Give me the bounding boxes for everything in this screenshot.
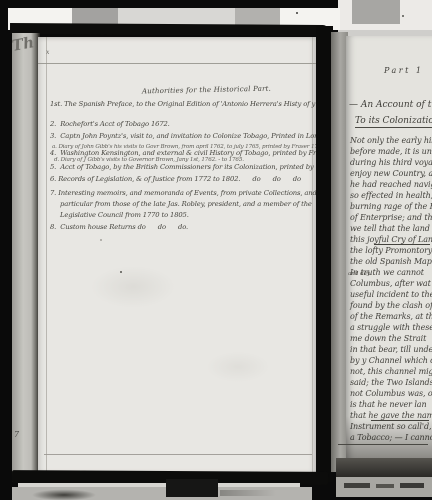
manuscript-line: useful incident to the (350, 289, 432, 300)
margin-scratch-mark: 7 (14, 430, 19, 439)
manuscript-line: the lofty Promontory in (350, 245, 432, 256)
manuscript-line: we tell that the land (350, 223, 432, 234)
right-manuscript-page: Part 1 — An Account of t To its Coloniza… (346, 36, 432, 462)
glare-shadow-patch (352, 0, 400, 24)
surface-smudge (24, 488, 104, 500)
manuscript-line: not, this channel might (350, 366, 432, 377)
page-bottom-shadow (346, 416, 432, 462)
manuscript-line: Not only the early hist (350, 135, 432, 146)
manuscript-line: 5. Acct of Tobago, by the British Commis… (50, 164, 316, 171)
manuscript-line: in that bear, till under (350, 344, 432, 355)
page-title: Authorities for the Historical Part. (142, 85, 271, 96)
manuscript-line: he had reached navigati (350, 179, 432, 190)
dust-speck (402, 15, 404, 17)
manuscript-line: found by the clash of (350, 300, 432, 311)
account-heading-line1: — An Account of t (349, 100, 431, 110)
manuscript-line: 4. Washington Kensington, and external &… (50, 150, 316, 157)
top-right-glare (338, 0, 432, 40)
underlying-page-glyph: Th (11, 33, 36, 55)
corner-pencil-mark: x (46, 49, 49, 56)
manuscript-line: particular from those of the late Jas. R… (50, 201, 316, 208)
ink-speck (100, 239, 102, 241)
surface-mark (376, 484, 394, 488)
manuscript-line: of Enterprise; and then (350, 212, 432, 223)
manuscript-line: by y Channel which d (350, 355, 432, 366)
pencil-margin-rule-top (38, 63, 316, 64)
interline-note: and day (348, 271, 370, 277)
manuscript-line: enjoy new Country, a (350, 168, 432, 179)
table-surface-right (336, 477, 432, 497)
cover-clasp-shadow (166, 479, 218, 497)
underline-cry-of-land (374, 244, 430, 245)
manuscript-line: during his third voyage (350, 157, 432, 168)
manuscript-line: a struggle with these (350, 322, 432, 333)
pencil-margin-rule-left (46, 37, 47, 474)
book-top-cover-edge (10, 23, 328, 36)
closing-rule (338, 444, 428, 445)
surface-mark (400, 483, 424, 488)
manuscript-line: Columbus, after wat (350, 278, 432, 289)
surface-streaks (220, 490, 300, 496)
manuscript-line: said; the Two Islands, (350, 377, 432, 388)
manuscript-line: is that he never lan (350, 399, 432, 410)
manuscript-line: Legislative Council from 1770 to 1805. (50, 212, 316, 219)
manuscript-line: before made, it is un (350, 146, 432, 157)
account-heading-line2: To its Colonizatio (355, 116, 432, 128)
manuscript-line: so effected in health, (350, 190, 432, 201)
authorities-list: 1st. The Spanish Preface, to the Origina… (50, 101, 316, 231)
left-page-fore-edge: Th (12, 33, 40, 482)
dust-speck (296, 12, 298, 14)
manuscript-line: me down the Strait (350, 333, 432, 344)
manuscript-line: of the Remarks, at the (350, 311, 432, 322)
manuscript-line: burning rage of the H (350, 201, 432, 212)
manuscript-line: 2. Rochefort's Acct of Tobago 1672. (50, 121, 316, 128)
manuscript-line: 1st. The Spanish Preface, to the Origina… (50, 101, 316, 108)
part-heading: Part 1 (384, 66, 423, 75)
surface-mark (344, 483, 370, 488)
manuscript-line: 3. Captn John Poyntz's, visit to, and in… (50, 133, 316, 140)
ink-speck (120, 271, 122, 273)
manuscript-line: the old Spanish Maps (350, 256, 432, 267)
manuscript-line: not Columbus was, or (350, 388, 432, 399)
narrative-text: Not only the early histbefore made, it i… (350, 135, 432, 443)
manuscript-line: 7. Interesting memoirs, and memoranda of… (50, 190, 316, 197)
manuscript-line: 8. Custom house Returns do do do. (50, 224, 316, 231)
manuscript-line: 6. Records of Legislation, & of Justice … (50, 176, 316, 183)
manuscript-photo: Th 7 x Authorities for the Historical Pa… (0, 0, 432, 500)
table-surface-left (12, 487, 312, 500)
left-manuscript-page: x Authorities for the Historical Part. 1… (38, 37, 318, 474)
pencil-margin-rule-bottom (44, 454, 312, 455)
